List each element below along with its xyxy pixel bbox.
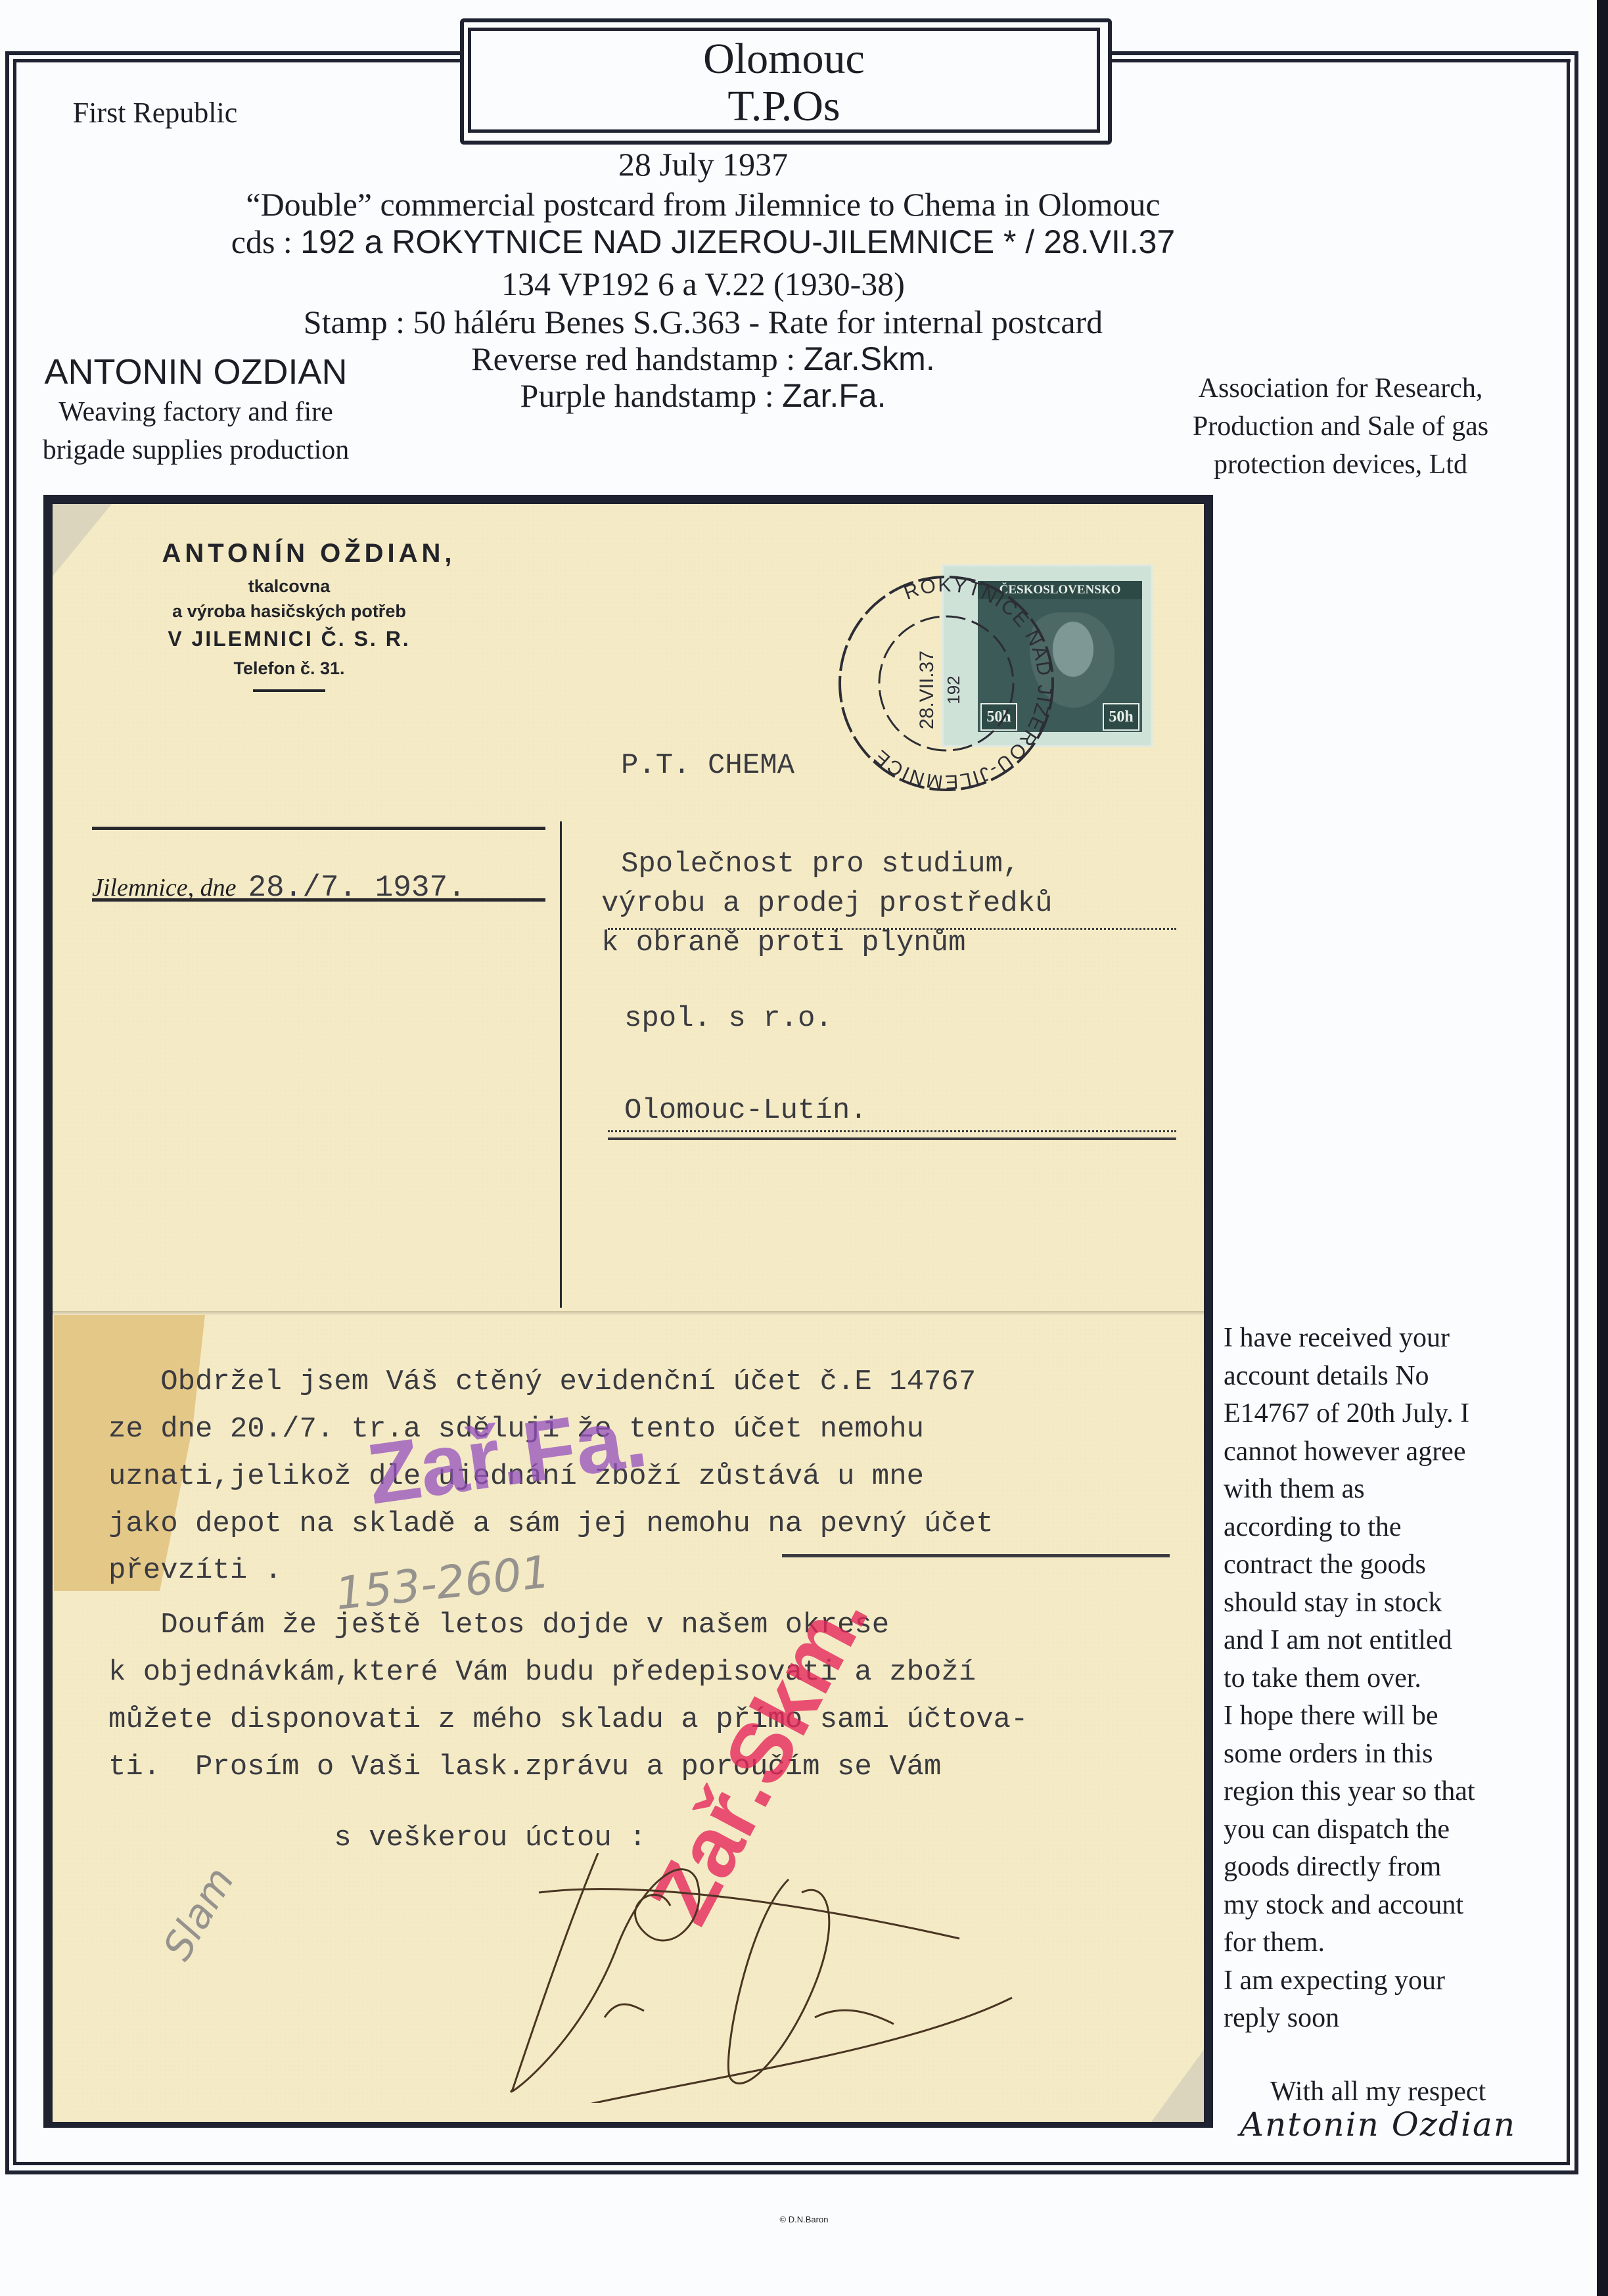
date-heading: 28 July 1937 (158, 146, 1249, 183)
translation-line: for them. (1224, 1924, 1565, 1962)
translation-closing: With all my respect Antonin Ozdian (1224, 2075, 1532, 2141)
sender-desc-2: brigade supplies production (32, 431, 360, 469)
message-line: jako depot na skladě a sám jej nemohu na… (108, 1507, 994, 1540)
purple-handstamp-label: Purple handstamp : (520, 377, 783, 414)
translation-line: I have received your (1224, 1320, 1565, 1358)
cds-prefix: cds : (231, 223, 301, 260)
card-divider (560, 821, 562, 1308)
address-line-3: výrobu a prodej prostředků (601, 887, 1053, 920)
address-line-6: Olomouc-Lutín. (624, 1094, 867, 1127)
date-rule-top (92, 827, 545, 830)
frame-rule (1567, 59, 1570, 2162)
frame-rule (13, 59, 16, 2162)
fold-line (53, 1311, 1204, 1315)
cds-value: 192 a ROKYTNICE NAD JIZEROU-JILEMNICE * … (300, 223, 1175, 260)
catalogue-line: 134 VP192 6 a V.22 (1930-38) (158, 265, 1249, 302)
cds-line: cds : 192 a ROKYTNICE NAD JIZEROU-JILEMN… (158, 223, 1249, 260)
closing-signature: Antonin Ozdian (1224, 2108, 1532, 2141)
address-line-1: P.T. CHEMA (621, 749, 794, 782)
letterhead-phone: Telefon č. 31. (79, 654, 499, 683)
date-label: Jilemnice, dne (92, 874, 236, 902)
address-rule (608, 1137, 1176, 1140)
section-label: First Republic (63, 96, 247, 129)
postmark-icon: ROKYTNICE NAD JIZEROU-JILEMNICE 28.VII.3… (835, 572, 1058, 795)
frame-rule (5, 51, 463, 55)
purple-handstamp-value: Zar.Fa. (782, 377, 886, 414)
address-line-4: k obraně proti plynům (601, 927, 966, 959)
page-edge-bar (1597, 0, 1608, 2296)
letterhead-city: V JILEMNICI Č. S. R. (79, 624, 499, 654)
frame-rule (5, 51, 9, 2170)
frame-rule (1101, 51, 1578, 55)
recipient-line-2: Production and Sale of gas (1130, 407, 1551, 446)
letterhead: ANTONÍN OŽDIAN, tkalcovna a výroba hasič… (79, 539, 499, 692)
recipient-line-1: Association for Research, (1130, 369, 1551, 407)
title-line-2: T.P.Os (468, 83, 1100, 130)
translation-line: contract the goods (1224, 1546, 1565, 1584)
translation-line: E14767 of 20th July. I (1224, 1395, 1565, 1433)
translation-line: you can dispatch the (1224, 1811, 1565, 1849)
stamp-value-right: 50h (1103, 703, 1139, 731)
frame-rule (1574, 51, 1578, 2170)
stamp-note: Stamp : 50 háléru Benes S.G.363 - Rate f… (158, 304, 1249, 340)
translation-line: with them as (1224, 1471, 1565, 1509)
signature-icon (447, 1853, 1183, 2103)
translation-line: goods directly from (1224, 1848, 1565, 1887)
letterhead-line-1: tkalcovna (79, 574, 499, 599)
letterhead-name: ANTONÍN OŽDIAN, (118, 539, 499, 568)
recipient-note: Association for Research, Production and… (1130, 369, 1551, 484)
translation-line: according to the (1224, 1509, 1565, 1547)
frame-rule (5, 2170, 1578, 2174)
strike-rule (782, 1554, 1170, 1557)
sender-name: ANTONIN OZDIAN (32, 351, 360, 393)
title-line-1: Olomouc (468, 35, 1100, 83)
translation-text: I have received your account details No … (1224, 1320, 1565, 2038)
translation-line: some orders in this (1224, 1735, 1565, 1774)
address-line-2: Společnost pro studium, (621, 848, 1020, 881)
translation-line: should stay in stock (1224, 1584, 1565, 1622)
translation-line: region this year so that (1224, 1773, 1565, 1811)
letterhead-line-2: a výroba hasičských potřeb (79, 599, 499, 624)
closing-text: With all my respect (1224, 2075, 1532, 2108)
postmark-number: 192 (944, 676, 963, 704)
page-title: Olomouc T.P.Os (468, 28, 1100, 130)
translation-line: account details No (1224, 1358, 1565, 1396)
address-rule (608, 1130, 1176, 1132)
message-line: ti. Prosím o Vaši lask.zprávu a poroučím… (108, 1751, 941, 1783)
red-handstamp-value: Zar.Skm. (804, 340, 935, 377)
translation-line: I hope there will be (1224, 1697, 1565, 1735)
postmark-date: 28.VII.37 (916, 651, 938, 729)
date-rule-bottom (92, 898, 545, 902)
translation-line: cannot however agree (1224, 1433, 1565, 1471)
recipient-line-3: protection devices, Ltd (1130, 446, 1551, 484)
message-line: s veškerou úctou : (108, 1822, 647, 1854)
translation-line: to take them over. (1224, 1660, 1565, 1698)
sender-note: ANTONIN OZDIAN Weaving factory and fire … (32, 351, 360, 469)
translation-line: my stock and account (1224, 1887, 1565, 1925)
translation-line: I am expecting your (1224, 1962, 1565, 2000)
message-line: převzíti . (108, 1554, 282, 1587)
sender-desc-1: Weaving factory and fire (32, 393, 360, 431)
translation-line: and I am not entitled (1224, 1622, 1565, 1660)
frame-rule (13, 59, 463, 62)
address-line-5: spol. s r.o. (624, 1002, 833, 1035)
translation-line: reply soon (1224, 2000, 1565, 2038)
red-handstamp-label: Reverse red handstamp : (471, 340, 803, 377)
message-line: můžete disponovati z mého skladu a přímo… (108, 1703, 1028, 1736)
letterhead-ornament (253, 689, 325, 692)
frame-rule (13, 2162, 1570, 2165)
frame-rule (1101, 59, 1571, 62)
copyright: © D.N.Baron (0, 2215, 1608, 2224)
description: “Double” commercial postcard from Jilemn… (158, 186, 1249, 223)
message-line: Obdržel jsem Váš ctěný evidenční účet č.… (108, 1366, 976, 1398)
